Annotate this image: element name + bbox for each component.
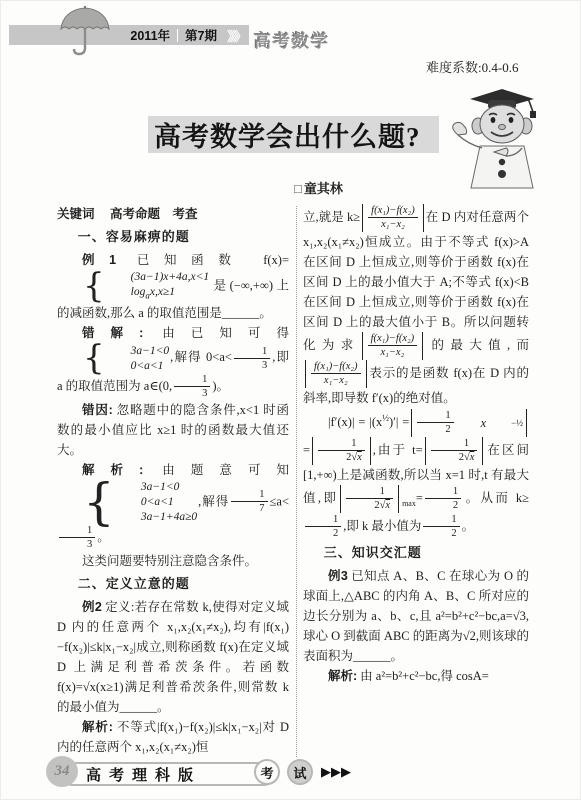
sqrt-radicand: x <box>385 500 390 511</box>
abs-fraction: 12√x <box>425 437 484 465</box>
rp2-s9: ,即 k 最小值为 <box>343 519 421 533</box>
note-line: 这类问题要特别注意隐含条件。 <box>57 551 289 571</box>
rp2-s10: 。 <box>462 519 475 533</box>
wrong-s2: ,解得 0<a< <box>170 350 232 364</box>
keywords-items: 高考命题 考查 <box>110 207 198 221</box>
author-byline: □童其林 <box>294 178 343 197</box>
case-row: 3a−1<0 <box>116 480 197 495</box>
rp2-s5: ,由于 t= <box>373 443 423 457</box>
sqrt-prefix: 2√ <box>346 452 357 463</box>
rp2-s4: = <box>303 443 310 457</box>
sqrt-prefix: 2√ <box>459 452 470 463</box>
sqrt-radicand: x <box>470 452 475 463</box>
abs-fraction: f(x₁)−f(x₂)x₁−x₂ <box>362 204 424 232</box>
analysis-3: 解析:由 a²=b²+c²−bc,得 cosA= <box>303 666 529 686</box>
half-fraction: 12 <box>417 410 453 436</box>
right-paragraph-2: |f′(x)| = |(x½)′| =12x−½=12√x,由于 t=12√x在… <box>303 408 529 540</box>
piecewise-function: {(3a−1)x+4a,x<1logax,x≥1 <box>58 270 209 303</box>
abs-expression: 12x−½ <box>411 409 527 437</box>
example-3: 例3已知点 A、B、C 在球心为 O 的球面上,△ABC 的内角 A、B、C 所… <box>303 566 529 666</box>
article-title-box: 高考数学会出什么题? <box>148 116 439 153</box>
rp1-s2: 在 D 内对任意两个 x₁,x₂(x₁≠x₂)恒成立。由于不等式 f(x)>A … <box>303 210 529 352</box>
author-name: 童其林 <box>304 181 343 196</box>
left-brace: { <box>58 480 115 525</box>
section-heading-3: 三、知识交汇题 <box>303 543 529 563</box>
rp2-s7: = <box>416 491 423 505</box>
keywords-line: 关键词 高考命题 考查 <box>57 204 289 224</box>
case-row: 3a−1+4a≥0 <box>116 510 197 525</box>
rp2-s1: |f′(x)| = |(x <box>328 415 382 429</box>
fraction: 12 <box>423 514 459 540</box>
page-footer: 34 高考理科版 考 试 ▶▶▶ <box>0 755 581 795</box>
rp1-s3: 的最大值,而 <box>425 338 529 352</box>
author-marker-icon: □ <box>294 181 302 196</box>
exponent: ½ <box>382 413 389 423</box>
analysis-1: 解析:由题意可知{3a−1<00<a<13a−1+4a≥0,解得17≤a<13。 <box>57 460 289 551</box>
right-column: 立,就是 k≥f(x₁)−f(x₂)x₁−x₂在 D 内对任意两个 x₁,x₂(… <box>303 204 529 757</box>
sqrt-fraction: 12√x <box>318 438 365 464</box>
analysis-1-s2: ,解得 <box>198 494 229 508</box>
example-2-label: 例2 <box>82 600 102 614</box>
error-cause-label: 错因: <box>82 403 113 417</box>
section-heading-2: 二、定义立意的题 <box>57 574 289 594</box>
wrong-solution: 错解:由已知可得{3a−1<00<a<1,解得 0<a<13,即 a 的取值范围… <box>57 323 289 400</box>
rp2-s8: 。从而 k≥ <box>463 491 529 505</box>
badge-shi: 试 <box>287 759 313 785</box>
column-divider <box>296 206 297 757</box>
example-1: 例1 已知函数 f(x)={(3a−1)x+4a,x<1logax,x≥1是(−… <box>57 250 289 323</box>
slope-fraction: f(x₁)−f(x₂)x₁−x₂ <box>368 333 418 359</box>
abs-fraction: f(x₁)−f(x₂)x₁−x₂ <box>362 332 424 360</box>
analysis-3-label: 解析: <box>328 669 357 683</box>
case-row: logax,x≥1 <box>106 285 210 303</box>
left-brace: { <box>58 343 105 374</box>
badge-kao: 考 <box>254 759 280 785</box>
analysis-1-s3: ≤a< <box>270 494 289 508</box>
article-title: 高考数学会出什么题? <box>154 115 421 154</box>
chevrons-icon: 》》》 <box>227 26 244 45</box>
abs-fraction: f(x₁)−f(x₂)x₁−x₂ <box>305 360 367 388</box>
article-body: 关键词 高考命题 考查 一、容易麻痹的题 例1 已知函数 f(x)={(3a−1… <box>57 204 529 757</box>
max-subscript: max <box>402 499 416 508</box>
analysis-3-text: 由 a²=b²+c²−bc,得 cosA= <box>360 669 489 683</box>
inequality-system: {3a−1<00<a<1 <box>58 343 169 374</box>
case-row: 0<a<1 <box>116 495 197 510</box>
example-3-label: 例3 <box>328 569 348 583</box>
fraction: 13 <box>174 374 210 400</box>
masthead-separator <box>177 29 178 42</box>
section-heading-1: 一、容易麻痹的题 <box>57 227 289 247</box>
abs-fraction: 12√x <box>312 437 371 465</box>
fraction: 13 <box>59 525 95 551</box>
slope-fraction: f(x₁)−f(x₂)x₁−x₂ <box>368 205 418 231</box>
right-paragraph-1: 立,就是 k≥f(x₁)−f(x₂)x₁−x₂在 D 内对任意两个 x₁,x₂(… <box>303 204 529 408</box>
analysis-2-label: 解析: <box>82 720 113 734</box>
analysis-1-s4: 。 <box>97 530 110 544</box>
example-1-label: 例1 <box>82 253 116 267</box>
slope-fraction: f(x₁)−f(x₂)x₁−x₂ <box>311 361 361 387</box>
analysis-1-s1: 由题意可知 <box>146 463 289 477</box>
fraction: 12 <box>425 486 461 512</box>
footer-arrows-icon: ▶▶▶ <box>321 764 351 780</box>
rp1-s1: 立,就是 k≥ <box>303 210 360 224</box>
example-1-intro: 已知函数 f(x)= <box>137 253 289 267</box>
sqrt-fraction: 12√x <box>346 486 393 512</box>
masthead-issue: 第7期 <box>185 26 217 44</box>
error-cause: 错因:忽略题中的隐含条件,x<1 时函数的最小值应比 x≥1 时的函数最大值还大… <box>57 400 289 460</box>
analysis-2: 解析:不等式|f(x₁)−f(x₂)|≤k|x₁−x₂|对 D 内的任意两个 x… <box>57 717 289 757</box>
magazine-page: 2011年 第7期 》》》 高考数学 难度系数:0.4-0.6 高考数学会出什么… <box>0 0 581 800</box>
edition-label: 高考理科版 <box>86 764 201 785</box>
abs-fraction-max: 12√x <box>340 485 399 513</box>
wrong-s4: )。 <box>212 379 229 393</box>
sqrt-prefix: 2√ <box>374 500 385 511</box>
left-brace: { <box>58 271 105 302</box>
rp2-s2: )′| = <box>389 415 409 429</box>
fraction: 13 <box>234 346 270 372</box>
log-arg: x,x≥1 <box>150 286 175 298</box>
example-2: 例2定义:若存在常数 k,使得对定义域 D 内的任意两个 x₁,x₂(x₁≠x₂… <box>57 597 289 717</box>
masthead-bar: 2011年 第7期 》》》 <box>9 25 249 45</box>
professor-mascot <box>440 82 558 194</box>
case-row: 3a−1<0 <box>106 344 170 359</box>
x-variable: x <box>456 413 487 433</box>
fraction: 17 <box>231 489 267 515</box>
sqrt-fraction: 12√x <box>431 438 478 464</box>
case-row: (3a−1)x+4a,x<1 <box>106 270 210 285</box>
page-number: 34 <box>46 756 78 787</box>
wrong-s1: 由已知可得 <box>146 326 289 340</box>
exponent: −½ <box>486 413 523 433</box>
inequality-system: {3a−1<00<a<13a−1+4a≥0 <box>58 480 197 525</box>
case-row: 0<a<1 <box>106 359 170 374</box>
difficulty-label: 难度系数:0.4-0.6 <box>426 57 518 76</box>
left-column: 关键词 高考命题 考查 一、容易麻痹的题 例1 已知函数 f(x)={(3a−1… <box>57 204 289 757</box>
example-2-text: 定义:若存在常数 k,使得对定义域 D 内的任意两个 x₁,x₂(x₁≠x₂),… <box>57 600 289 714</box>
masthead-year: 2011年 <box>130 26 170 44</box>
umbrella-icon <box>56 4 114 58</box>
magazine-title: 高考数学 <box>254 27 330 52</box>
sqrt-radicand: x <box>357 452 362 463</box>
keywords-label: 关键词 <box>57 207 95 221</box>
fraction: 12 <box>305 514 341 540</box>
log-text: log <box>131 286 146 298</box>
